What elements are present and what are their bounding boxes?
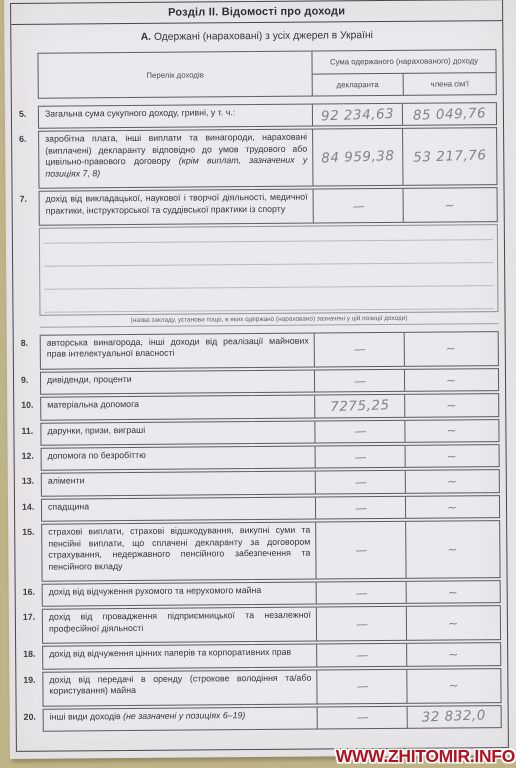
handwritten-value: ~ [448, 585, 459, 599]
declarant-value-cell: — [316, 471, 406, 493]
income-label: допомога по безробіттю [42, 447, 316, 471]
declarant-value-cell: — [316, 522, 406, 578]
row-number: 14. [17, 499, 41, 523]
row-number: 20. [19, 708, 43, 732]
table-row: 14.спадщина—~ [17, 495, 500, 522]
row-cells: матеріальна допомога7275,25~ [40, 393, 499, 420]
family-member-value-cell: ~ [407, 607, 500, 641]
column-header-declarant: декларанта [313, 73, 404, 95]
income-label: інші види доходів (не зазначені у позиці… [44, 707, 318, 731]
handwritten-value: ~ [445, 198, 456, 212]
handwritten-value: — [356, 679, 368, 693]
income-label: аліменти [42, 472, 316, 496]
family-member-value-cell: ~ [406, 445, 499, 467]
section-subtitle: А.Одержані (нараховані) з усіх джерел в … [11, 21, 502, 50]
declarant-value-cell: — [316, 497, 406, 519]
family-member-value-cell: ~ [405, 394, 498, 416]
row-number: 8. [16, 335, 40, 370]
form-body: Перелік доходів Сума одержаного (нарахов… [11, 49, 507, 732]
income-label: дохід від передачі в оренду (строкове во… [43, 670, 317, 705]
institution-names-area [39, 224, 499, 316]
table-row: 6.заробітна плата, інші виплати та винаг… [14, 128, 497, 189]
row-number: 11. [16, 422, 40, 446]
family-member-value-cell: ~ [406, 521, 499, 577]
institution-names-caption: (назва закладу, установи тощо, в яких од… [40, 313, 499, 328]
income-label: дивіденди, проценти [41, 370, 315, 394]
table-row: 15.страхові виплати, страхові відшкодува… [17, 520, 500, 581]
handwritten-value: ~ [449, 678, 460, 692]
handwritten-value: ~ [448, 616, 459, 630]
declarant-value-cell: — [314, 189, 404, 223]
income-rows-top: 5.Загальна сума сукупного доходу, гривні… [14, 102, 500, 226]
blank-writing-line [44, 239, 493, 244]
declarant-value-cell: 84 959,38 [313, 129, 403, 185]
family-member-value-cell: 85 049,76 [403, 103, 496, 125]
table-row: 13.аліменти—~ [17, 470, 500, 497]
table-row: 9.дивіденди, проценти—~ [16, 368, 499, 395]
row-cells: заробітна плата, інші виплати та винагор… [38, 128, 497, 189]
income-label: авторська винагорода, інші доходи від ре… [41, 334, 315, 369]
handwritten-value: — [356, 710, 368, 724]
declarant-value-cell: — [317, 582, 407, 604]
blank-writing-line [44, 308, 493, 313]
row-cells: інші види доходів (не зазначені у позиці… [43, 705, 502, 732]
row-number: 19. [18, 671, 42, 706]
table-row: 16.дохід від відчуження рухомого та неру… [18, 580, 501, 607]
row-cells: аліменти—~ [41, 470, 500, 497]
handwritten-value: — [355, 543, 367, 557]
column-header-family-member: члена сім'ї [404, 73, 496, 95]
income-label: дохід від викладацької, наукової і творч… [40, 190, 314, 225]
handwritten-value: — [355, 648, 367, 662]
income-label: заробітна плата, інші виплати та винагор… [39, 130, 313, 188]
column-header-sub-row: декларанта члена сім'ї [313, 73, 496, 96]
handwritten-value: — [354, 424, 366, 438]
family-member-value-cell: ~ [407, 669, 500, 703]
family-member-value-cell: ~ [406, 471, 499, 493]
row-cells: дарунки, призи, виграші—~ [40, 419, 499, 446]
subtitle-letter: А. [141, 32, 151, 43]
row-cells: дохід від викладацької, наукової і творч… [39, 187, 498, 225]
handwritten-value: 53 217,76 [413, 148, 487, 166]
row-number: 5. [14, 106, 38, 130]
row-cells: дивіденди, проценти—~ [40, 368, 499, 395]
handwritten-value: ~ [447, 449, 458, 463]
row-number: 16. [18, 584, 42, 608]
row-number: 17. [18, 609, 42, 644]
row-cells: Загальна сума сукупного доходу, гривні, … [38, 102, 497, 129]
row-number: 9. [16, 372, 40, 396]
handwritten-value: ~ [448, 542, 459, 556]
income-label: дохід від відчуження рухомого та нерухом… [43, 583, 317, 607]
row-number: 6. [14, 131, 38, 189]
handwritten-value: ~ [447, 475, 458, 489]
row-number: 10. [16, 397, 40, 421]
table-row: 19.дохід від передачі в оренду (строкове… [18, 668, 501, 707]
income-label: Загальна сума сукупного доходу, гривні, … [39, 105, 313, 129]
scanned-declaration-page: { "page": { "title": "Розділ ІІ. Відомос… [0, 0, 516, 768]
table-header: Перелік доходів Сума одержаного (нарахов… [37, 49, 496, 99]
declarant-value-cell: — [315, 370, 405, 392]
row-number: 18. [18, 646, 42, 670]
declarant-value-cell: — [315, 333, 405, 367]
handwritten-value: — [352, 199, 364, 213]
table-row: 11.дарунки, призи, виграші—~ [16, 419, 499, 446]
handwritten-value: — [355, 617, 367, 631]
row-number: 15. [17, 524, 41, 582]
handwritten-value: 7275,25 [330, 397, 390, 415]
row-cells: дохід від передачі в оренду (строкове во… [42, 668, 501, 706]
declarant-value-cell: — [316, 446, 406, 468]
blank-writing-line [44, 262, 493, 267]
income-label: матеріальна допомога [41, 396, 315, 420]
table-row: 5.Загальна сума сукупного доходу, гривні… [14, 102, 497, 129]
family-member-value-cell: ~ [406, 496, 499, 518]
row-cells: авторська винагорода, інші доходи від ре… [40, 331, 499, 369]
handwritten-value: ~ [446, 342, 457, 356]
handwritten-value: ~ [447, 424, 458, 438]
handwritten-value: ~ [446, 398, 457, 412]
declarant-value-cell: — [317, 607, 407, 641]
family-member-value-cell: ~ [407, 643, 500, 665]
declarant-value-cell: — [315, 421, 405, 443]
handwritten-value: ~ [448, 647, 459, 661]
handwritten-value: 85 049,76 [413, 105, 487, 123]
row-cells: спадщина—~ [41, 495, 500, 522]
handwritten-value: ~ [447, 500, 458, 514]
family-member-value-cell: ~ [405, 420, 498, 442]
declarant-value-cell: — [317, 644, 407, 666]
row-number: 12. [17, 448, 41, 472]
declarant-value-cell: — [318, 706, 408, 728]
declarant-value-cell: 92 234,63 [313, 104, 403, 126]
family-member-value-cell: 32 832,0 [408, 706, 501, 728]
row-cells: дохід від провадження підприємницької та… [42, 606, 501, 644]
handwritten-value: 92 234,63 [321, 106, 395, 124]
declarant-value-cell: 7275,25 [315, 395, 405, 417]
income-label: дарунки, призи, виграші [41, 421, 315, 445]
table-row: 20.інші види доходів (не зазначені у поз… [19, 705, 502, 732]
handwritten-value: — [354, 475, 366, 489]
site-watermark: WWW.ZHITOMIR.INFO [336, 746, 515, 767]
form-outer-frame: Розділ ІІ. Відомості про доходи А.Одержа… [10, 0, 509, 752]
income-label: дохід від провадження підприємницької та… [43, 608, 317, 643]
handwritten-value: — [355, 586, 367, 600]
family-member-value-cell: ~ [405, 332, 498, 366]
column-header-sum-group: Сума одержаного (нарахованого) доходу де… [312, 50, 495, 95]
row-cells: дохід від відчуження рухомого та нерухом… [42, 580, 501, 607]
column-header-income-list: Перелік доходів [38, 52, 312, 98]
paper-sheet: Розділ ІІ. Відомості про доходи А.Одержа… [4, 0, 516, 759]
row-cells: допомога по безробіттю—~ [41, 444, 500, 471]
column-header-sum: Сума одержаного (нарахованого) доходу [312, 50, 495, 74]
subtitle-text: Одержані (нараховані) з усіх джерел в Ук… [154, 30, 373, 43]
row-number: 7. [15, 191, 39, 226]
row-cells: дохід від відчуження цінних паперів та к… [42, 642, 501, 669]
table-row: 7.дохід від викладацької, наукової і тво… [15, 187, 498, 226]
table-row: 8.авторська винагорода, інші доходи від … [16, 331, 499, 370]
family-member-value-cell: ~ [404, 188, 497, 222]
handwritten-value: — [354, 450, 366, 464]
handwritten-value: — [353, 374, 365, 388]
handwritten-value: — [353, 342, 365, 356]
table-row: 18.дохід від відчуження цінних паперів т… [18, 642, 501, 669]
income-label: страхові виплати, страхові відшкодування… [42, 523, 316, 581]
row-number: 13. [17, 473, 41, 497]
table-row: 12.допомога по безробіттю—~ [17, 444, 500, 471]
blank-writing-line [44, 285, 493, 290]
family-member-value-cell: 53 217,76 [403, 129, 496, 185]
income-label: спадщина [42, 497, 316, 521]
income-label: дохід від відчуження цінних паперів та к… [43, 645, 317, 669]
table-row: 17.дохід від провадження підприємницької… [18, 606, 501, 645]
income-rows-bottom: 8.авторська винагорода, інші доходи від … [16, 331, 504, 732]
family-member-value-cell: ~ [407, 581, 500, 603]
handwritten-value: ~ [446, 373, 457, 387]
handwritten-value: — [354, 501, 366, 515]
row-cells: страхові виплати, страхові відшкодування… [41, 520, 500, 581]
family-member-value-cell: ~ [405, 369, 498, 391]
table-row: 10.матеріальна допомога7275,25~ [16, 393, 499, 420]
declarant-value-cell: — [317, 670, 407, 704]
handwritten-value: 84 959,38 [321, 148, 395, 166]
handwritten-value: 32 832,0 [422, 708, 487, 726]
